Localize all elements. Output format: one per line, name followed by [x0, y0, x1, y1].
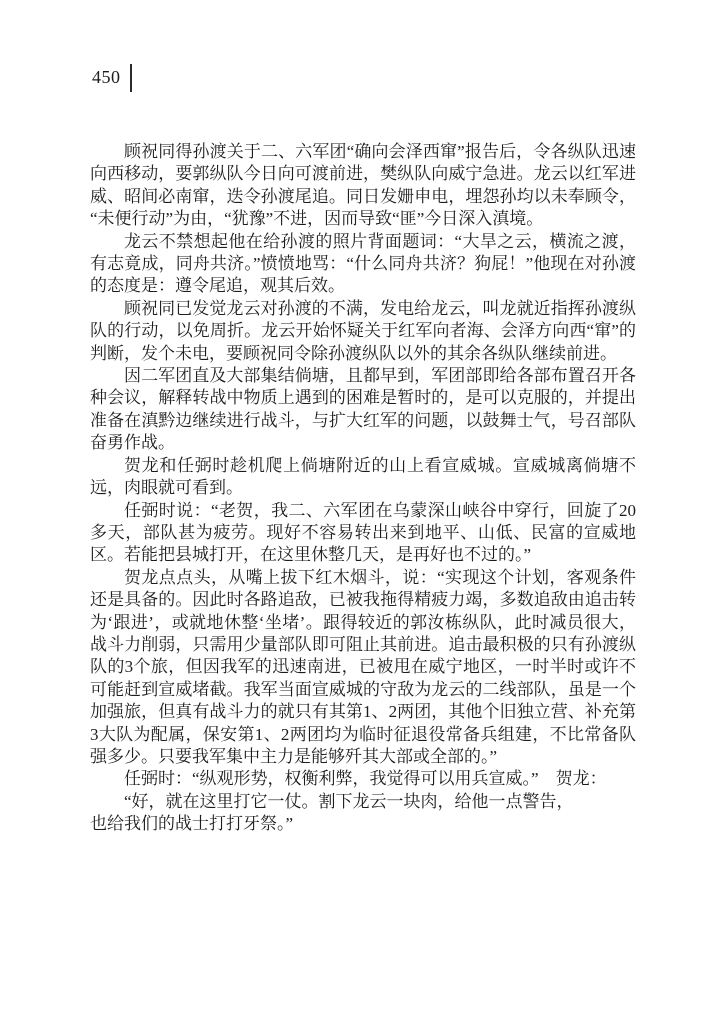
body-paragraph: 任弼时说：“老贺，我二、六军团在乌蒙深山峡谷中穿行，回旋了20多天，部队甚为疲劳… [90, 500, 636, 567]
body-paragraph: 贺龙和任弼时趁机爬上倘塘附近的山上看宣威城。宣威城离倘塘不远，肉眼就可看到。 [90, 455, 636, 500]
body-paragraph: 龙云不禁想起他在给孙渡的照片背面题词：“大旱之云，横流之渡，有志竟成，同舟共济。… [90, 231, 636, 298]
body-paragraph: “好，就在这里打它一仗。割下龙云一块肉，给他一点警告， 也给我们的战士打打牙祭。… [90, 791, 636, 836]
page-header: 450 [92, 63, 132, 93]
body-text-block: 顾祝同得孙渡关于二、六军团“确向会泽西窜”报告后，令各纵队迅速向西移动，要郭纵队… [90, 141, 636, 836]
header-divider-bar [130, 64, 132, 92]
body-paragraph: 贺龙点点头，从嘴上拔下红木烟斗，说：“实现这个计划，客观条件还是具备的。因此时各… [90, 567, 636, 769]
book-page: 450 顾祝同得孙渡关于二、六军团“确向会泽西窜”报告后，令各纵队迅速向西移动，… [0, 0, 715, 1010]
body-paragraph: 顾祝同已发觉龙云对孙渡的不满，发电给龙云，叫龙就近指挥孙渡纵队的行动，以免周折。… [90, 298, 636, 365]
body-paragraph: 顾祝同得孙渡关于二、六军团“确向会泽西窜”报告后，令各纵队迅速向西移动，要郭纵队… [90, 141, 636, 231]
body-paragraph: 因二军团直及大部集结倘塘，且都早到，军团部即给各部布置召开各种会议，解释转战中物… [90, 365, 636, 455]
body-paragraph: 任弼时：“纵观形势，权衡利弊，我觉得可以用兵宣威。” 贺龙： [90, 768, 636, 790]
page-number: 450 [92, 68, 121, 86]
